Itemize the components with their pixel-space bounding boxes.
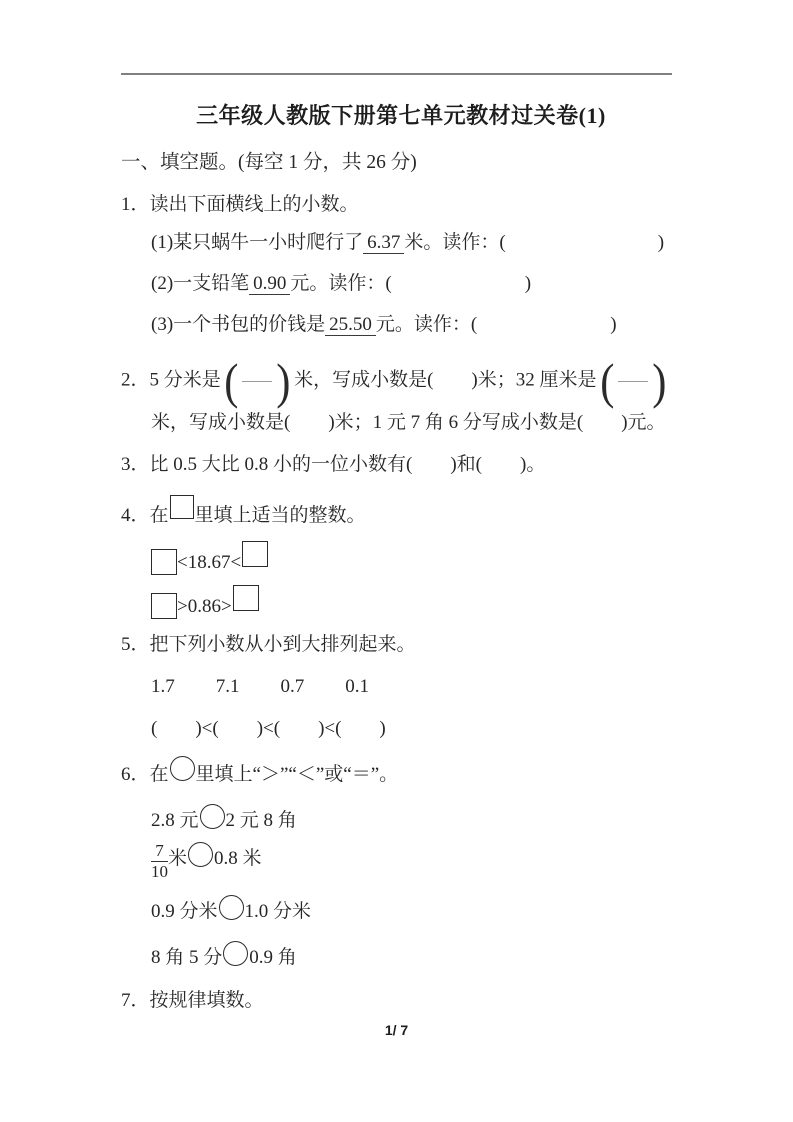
- question-3: 3．比 0.5 大比 0.8 小的一位小数有( )和( )。: [121, 452, 681, 478]
- decimal-number: 1.7: [151, 674, 175, 700]
- question-4-row-1: <18.67<: [151, 541, 681, 576]
- item-text-blank: 元。读作：( ): [376, 314, 617, 335]
- page-title: 三年级人教版下册第七单元教材过关卷(1): [121, 102, 681, 130]
- item-text: (2)一支铅笔: [151, 273, 249, 294]
- blank-square-box: [151, 549, 177, 575]
- question-5-text: 把下列小数从小到大排列起来。: [150, 634, 416, 655]
- question-4-text: 里填上适当的整数。: [195, 505, 366, 526]
- item-text-blank: 元。读作：( ): [290, 273, 531, 294]
- question-3-number: 3．: [121, 454, 150, 475]
- question-6-number: 6．: [121, 764, 150, 785]
- question-2-number: 2．: [121, 369, 150, 390]
- question-2-text: 米，写成小数是( )米；1 元 7 角 6 分写成小数是( )元。: [151, 412, 666, 433]
- item-text-blank: 米。读作：( ): [404, 232, 664, 253]
- question-7: 7．按规律填数。: [121, 988, 681, 1014]
- decimal-number: 0.1: [345, 674, 369, 700]
- inequality-text: <18.67<: [177, 552, 241, 573]
- question-4-text: 在: [150, 505, 169, 526]
- decimal-number: 7.1: [216, 674, 240, 700]
- fraction-denominator: 10: [151, 862, 168, 881]
- question-3-text: 比 0.5 大比 0.8 小的一位小数有( )和( )。: [150, 454, 546, 475]
- section-heading: 一、填空题。(每空 1 分，共 26 分): [121, 150, 681, 176]
- question-6-item-3: 0.9 分米1.0 分米: [151, 895, 681, 925]
- blank-square-box: [151, 593, 177, 619]
- question-5-answer-line: ( )<( )<( )<( ): [151, 716, 681, 742]
- compare-left-unit: 米: [168, 848, 187, 869]
- compare-right: 2 元 8 角: [226, 810, 297, 831]
- fraction-bar-blank: [618, 381, 648, 382]
- question-6: 6．在里填上“＞”“＜”或“＝”。: [121, 756, 681, 788]
- question-1-item-2: (2)一支铅笔0.90元。读作：( ): [151, 271, 681, 297]
- inequality-text: >0.86>: [177, 596, 232, 617]
- question-6-text: 在: [150, 764, 169, 785]
- left-paren-icon: (: [600, 352, 614, 410]
- question-1-text: 读出下面横线上的小数。: [150, 194, 359, 215]
- item-text: (1)某只蜗牛一小时爬行了: [151, 232, 363, 253]
- item-text: (3)一个书包的价钱是: [151, 314, 325, 335]
- decimal-number: 0.7: [281, 674, 305, 700]
- question-1-item-3: (3)一个书包的价钱是25.50元。读作：( ): [151, 312, 681, 338]
- fraction-blank: (): [223, 352, 292, 410]
- question-5-number: 5．: [121, 634, 150, 655]
- worksheet-page: 三年级人教版下册第七单元教材过关卷(1) 一、填空题。(每空 1 分，共 26 …: [121, 0, 681, 1014]
- blank-circle: [223, 941, 248, 966]
- right-paren-icon: ): [652, 352, 666, 410]
- fraction-numerator: 7: [155, 841, 164, 860]
- question-6-text: 里填上“＞”“＜”或“＝”。: [196, 764, 399, 785]
- question-2-text: 5 分米是: [150, 369, 221, 390]
- compare-left: 2.8 元: [151, 810, 199, 831]
- blank-square-box: [233, 585, 259, 611]
- blank-square-box: [170, 495, 194, 519]
- question-5: 5．把下列小数从小到大排列起来。: [121, 632, 681, 658]
- question-4-number: 4．: [121, 505, 150, 526]
- underlined-decimal: 0.90: [249, 273, 290, 295]
- compare-left: 0.9 分米: [151, 901, 218, 922]
- question-7-text: 按规律填数。: [150, 990, 264, 1011]
- question-7-number: 7．: [121, 990, 150, 1011]
- page-title-main: 三年级人教版下册第七单元教材过关卷: [196, 103, 579, 128]
- question-2: 2．5 分米是()米，写成小数是( )米；32 厘米是()米，写成小数是( )米…: [121, 352, 681, 436]
- question-1-item-1: (1)某只蜗牛一小时爬行了6.37米。读作：( ): [151, 230, 681, 256]
- blank-circle: [200, 804, 225, 829]
- question-2-text: 米，写成小数是( )米；32 厘米是: [294, 369, 596, 390]
- page-number: 1/ 7: [0, 1022, 793, 1038]
- blank-circle: [170, 756, 195, 781]
- compare-right: 0.8 米: [214, 848, 262, 869]
- underlined-decimal: 6.37: [363, 232, 404, 254]
- fraction-seven-tenths: 710: [151, 842, 168, 881]
- blank-circle: [188, 842, 213, 867]
- left-paren-icon: (: [224, 352, 238, 410]
- underlined-decimal: 25.50: [325, 314, 376, 336]
- question-4: 4．在里填上适当的整数。: [121, 495, 681, 529]
- question-5-numbers: 1.77.10.70.1: [151, 674, 681, 700]
- compare-right: 1.0 分米: [245, 901, 312, 922]
- question-1-number: 1．: [121, 194, 150, 215]
- question-6-item-2: 710米0.8 米: [151, 842, 681, 881]
- page-title-suffix: (1): [579, 103, 606, 128]
- blank-square-box: [242, 541, 268, 567]
- fraction-bar-blank: [242, 381, 272, 382]
- compare-right: 0.9 角: [249, 947, 297, 968]
- compare-left: 8 角 5 分: [151, 947, 222, 968]
- question-4-row-2: >0.86>: [151, 585, 681, 620]
- question-1: 1．读出下面横线上的小数。: [121, 192, 681, 218]
- fraction-blank: (): [599, 352, 668, 410]
- question-6-item-1: 2.8 元2 元 8 角: [151, 804, 681, 834]
- right-paren-icon: ): [277, 352, 291, 410]
- blank-circle: [219, 895, 244, 920]
- question-6-item-4: 8 角 5 分0.9 角: [151, 941, 681, 971]
